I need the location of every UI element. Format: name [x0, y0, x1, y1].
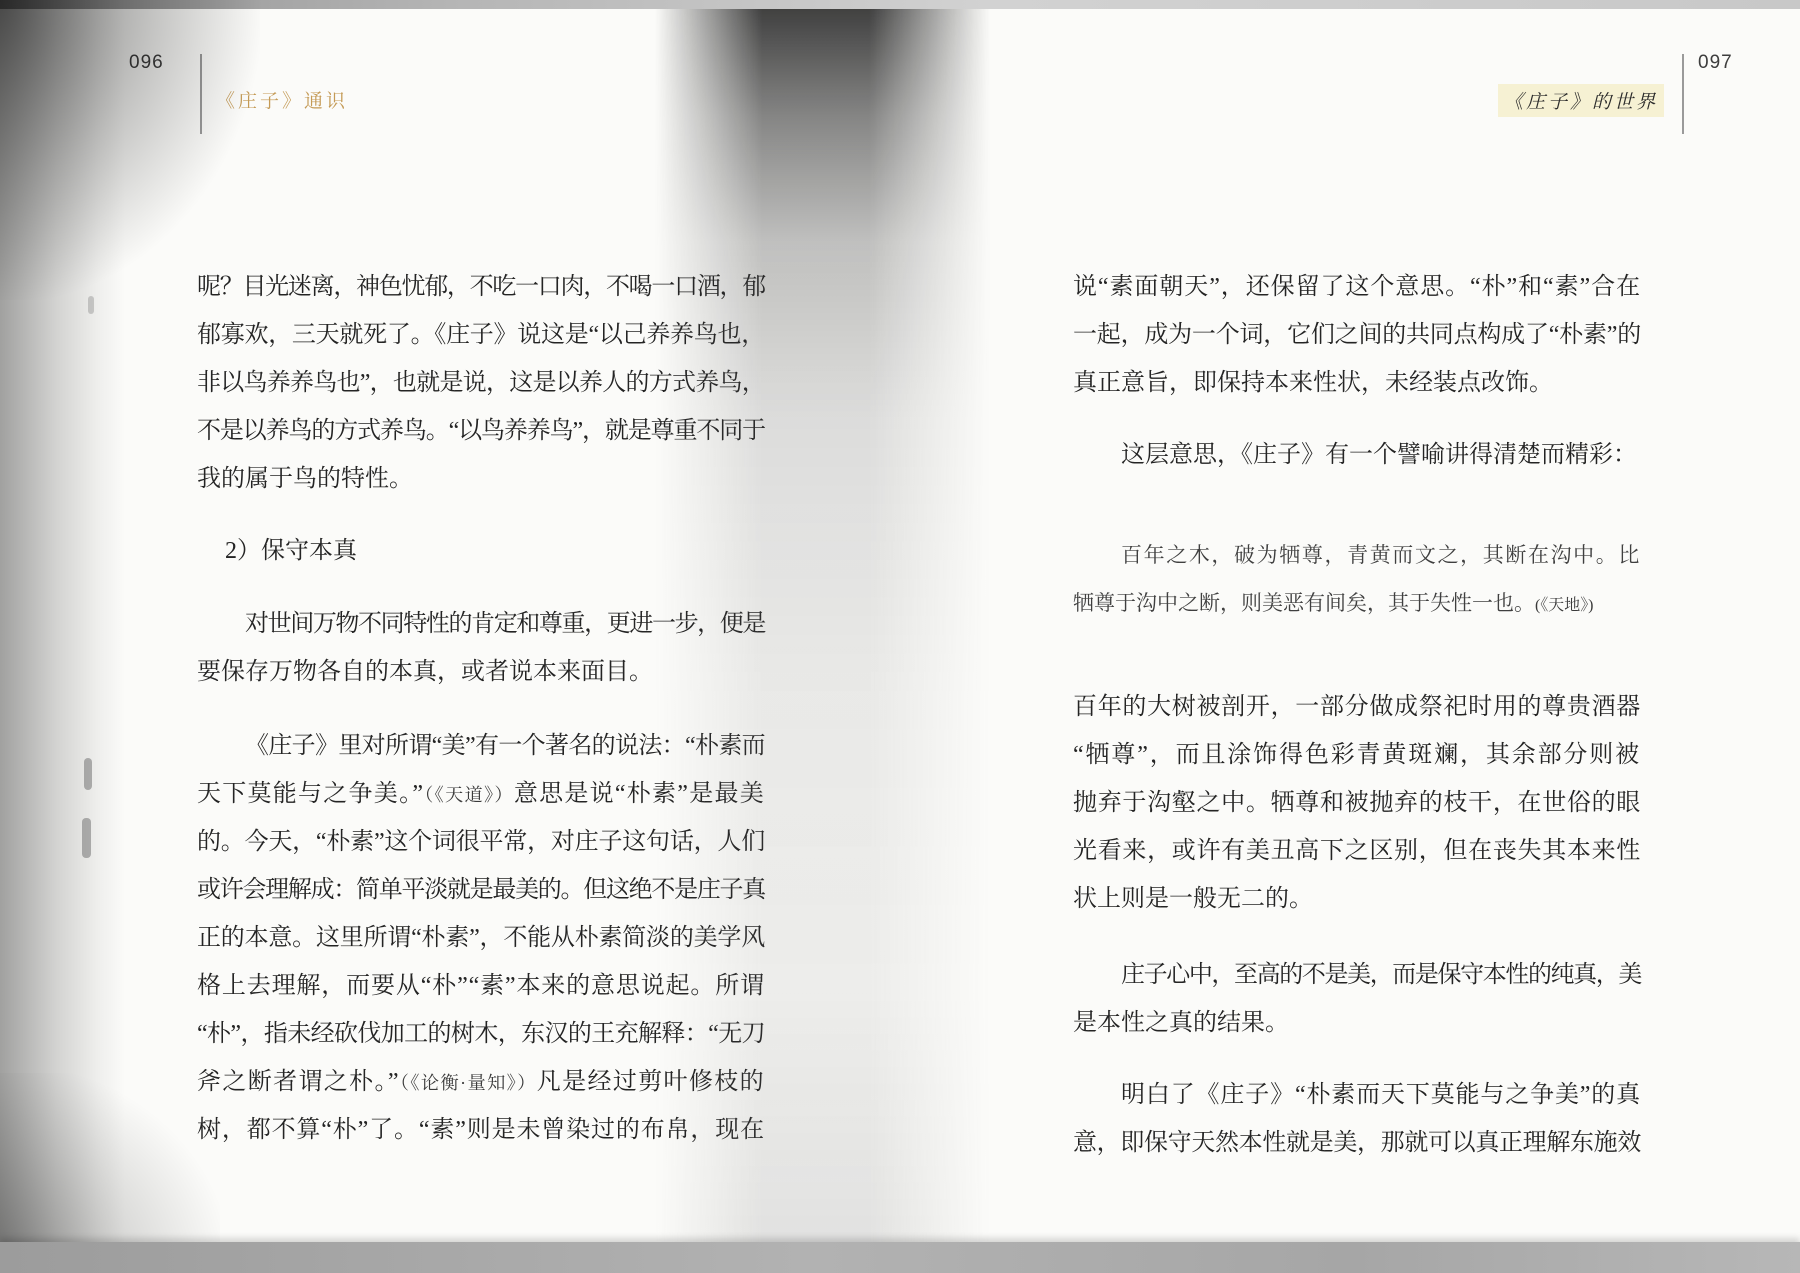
text-segment: “朴”，指未经砍伐加工的树木，东汉的王充解释：“无刀	[197, 1021, 765, 1047]
text-line-content: 百年之木，破为牺尊，青黄而文之，其断在沟中。比	[1121, 543, 1641, 567]
text-segment: 是本性之真的结果。	[1073, 1010, 1289, 1036]
paragraph: 百年的大树被剖开，一部分做成祭祀时用的尊贵酒器“牺尊”，而且涂饰得色彩青黄斑斓，…	[1073, 683, 1641, 923]
text-line-content: 非以鸟养养鸟也”，也就是说，这是以养人的方式养鸟，	[197, 370, 765, 396]
text-line: 光看来，或许有美丑高下之区别，但在丧失其本来性	[1073, 827, 1641, 875]
text-line-content: 我的属于鸟的特性。	[197, 466, 413, 492]
text-line: 百年之木，破为牺尊，青黄而文之，其断在沟中。比	[1073, 531, 1641, 579]
text-segment: 意思是说“朴素”是最美	[514, 781, 765, 807]
scan-top-edge	[0, 0, 1800, 9]
text-segment: 非以鸟养养鸟也”，也就是说，这是以养人的方式养鸟，	[197, 370, 765, 396]
text-line: 意，即保守天然本性就是美，那就可以真正理解东施效	[1073, 1119, 1641, 1167]
text-line-content: 要保存万物各自的本真，或者说本来面目。	[197, 659, 653, 685]
text-segment: 正的本意。这里所谓“朴素”，不能从朴素简淡的美学风	[197, 925, 765, 951]
text-line-content: 庄子心中，至高的不是美，而是保守本性的纯真，美	[1121, 962, 1641, 988]
text-segment: 真正意旨，即保持本来性状，未经装点改饰。	[1073, 370, 1553, 396]
block-quote: 百年之木，破为牺尊，青黄而文之，其断在沟中。比牺尊于沟中之断，则美恶有间矣，其于…	[1073, 531, 1641, 627]
text-line: 不是以养鸟的方式养鸟。“以鸟养养鸟”，就是尊重不同于	[197, 407, 765, 455]
text-segment: 呢？目光迷离，神色忧郁，不吃一口肉，不喝一口酒，郁	[197, 274, 765, 300]
paragraph: 对世间万物不同特性的肯定和尊重，更进一步，便是要保存万物各自的本真，或者说本来面…	[197, 600, 765, 696]
text-segment: 这层意思，《庄子》有一个譬喻讲得清楚而精彩：	[1121, 442, 1637, 468]
text-line: 呢？目光迷离，神色忧郁，不吃一口肉，不喝一口酒，郁	[197, 263, 765, 311]
text-segment: 2）保守本真	[225, 538, 357, 564]
text-line-content: 正的本意。这里所谓“朴素”，不能从朴素简淡的美学风	[197, 925, 765, 951]
header-divider-left	[200, 54, 202, 134]
scan-smudge	[84, 758, 92, 790]
text-line: 庄子心中，至高的不是美，而是保守本性的纯真，美	[1073, 951, 1641, 999]
text-line: 《庄子》里对所谓“美”有一个著名的说法：“朴素而	[197, 722, 765, 770]
text-line: “牺尊”，而且涂饰得色彩青黄斑斓，其余部分则被	[1073, 731, 1641, 779]
text-line-content: 格上去理解，而要从“朴”“素”本来的意思说起。所谓	[197, 973, 765, 999]
text-segment: 明白了《庄子》“朴素而天下莫能与之争美”的真	[1121, 1082, 1641, 1108]
text-line: 的。今天，“朴素”这个词很平常，对庄子这句话，人们	[197, 818, 765, 866]
scan-smudge	[88, 296, 94, 314]
text-segment: 斧之断者谓之朴。”	[197, 1069, 400, 1095]
text-line-content: 明白了《庄子》“朴素而天下莫能与之争美”的真	[1121, 1082, 1641, 1108]
text-segment: 牺尊于沟中之断，则美恶有间矣，其于失性一也。	[1073, 591, 1535, 615]
text-segment: 不是以养鸟的方式养鸟。“以鸟养养鸟”，就是尊重不同于	[197, 418, 765, 444]
text-line-content: 一起，成为一个词，它们之间的共同点构成了“朴素”的	[1073, 322, 1641, 348]
text-line: 状上则是一般无二的。	[1073, 875, 1641, 923]
text-segment: 对世间万物不同特性的肯定和尊重，更进一步，便是	[245, 611, 765, 637]
text-segment: 天下莫能与之争美。”	[197, 781, 424, 807]
text-line-content: 或许会理解成：简单平淡就是最美的。但这绝不是庄子真	[197, 877, 765, 903]
citation: （《论衡·量知》）	[400, 1073, 537, 1093]
running-head-left: 《庄子》通识	[216, 86, 348, 113]
paragraph: 呢？目光迷离，神色忧郁，不吃一口肉，不喝一口酒，郁郁寡欢，三天就死了。《庄子》说…	[197, 263, 765, 503]
text-segment: 郁寡欢，三天就死了。《庄子》说这是“以己养养鸟也，	[197, 322, 765, 348]
scan-corner-shadow-top-left	[0, 0, 260, 300]
running-head-right: 《庄子》的世界	[1498, 84, 1664, 117]
text-line-content: 光看来，或许有美丑高下之区别，但在丧失其本来性	[1073, 838, 1641, 864]
text-segment: 的。今天，“朴素”这个词很平常，对庄子这句话，人们	[197, 829, 765, 855]
text-line-content: 《庄子》里对所谓“美”有一个著名的说法：“朴素而	[245, 733, 765, 759]
text-segment: 百年之木，破为牺尊，青黄而文之，其断在沟中。比	[1121, 543, 1641, 567]
text-line-content: 呢？目光迷离，神色忧郁，不吃一口肉，不喝一口酒，郁	[197, 274, 765, 300]
scan-bottom-edge	[0, 1242, 1800, 1273]
text-line-content: 这层意思，《庄子》有一个譬喻讲得清楚而精彩：	[1121, 442, 1637, 468]
text-line-content: 状上则是一般无二的。	[1073, 886, 1313, 912]
text-line-content: 天下莫能与之争美。”（《天道》）意思是说“朴素”是最美	[197, 781, 765, 807]
text-line-content: 树，都不算“朴”了。“素”则是未曾染过的布帛，现在	[197, 1117, 765, 1143]
text-line: 百年的大树被剖开，一部分做成祭祀时用的尊贵酒器	[1073, 683, 1641, 731]
text-segment: 百年的大树被剖开，一部分做成祭祀时用的尊贵酒器	[1073, 694, 1641, 720]
citation: (《天地》)	[1535, 597, 1593, 614]
text-segment: 庄子心中，至高的不是美，而是保守本性的纯真，美	[1121, 962, 1641, 988]
text-line: 斧之断者谓之朴。”（《论衡·量知》）凡是经过剪叶修枝的	[197, 1058, 765, 1106]
text-line: 明白了《庄子》“朴素而天下莫能与之争美”的真	[1073, 1071, 1641, 1119]
text-line: 郁寡欢，三天就死了。《庄子》说这是“以己养养鸟也，	[197, 311, 765, 359]
text-line: 这层意思，《庄子》有一个譬喻讲得清楚而精彩：	[1073, 431, 1641, 479]
text-line: 非以鸟养养鸟也”，也就是说，这是以养人的方式养鸟，	[197, 359, 765, 407]
section-subheading: 2）保守本真	[197, 527, 765, 575]
text-segment: 一起，成为一个词，它们之间的共同点构成了“朴素”的	[1073, 322, 1641, 348]
text-segment: 光看来，或许有美丑高下之区别，但在丧失其本来性	[1073, 838, 1641, 864]
text-line: 对世间万物不同特性的肯定和尊重，更进一步，便是	[197, 600, 765, 648]
text-line: 或许会理解成：简单平淡就是最美的。但这绝不是庄子真	[197, 866, 765, 914]
text-segment: 或许会理解成：简单平淡就是最美的。但这绝不是庄子真	[197, 877, 765, 903]
page-number-right: 097	[1698, 52, 1733, 74]
text-line-content: “牺尊”，而且涂饰得色彩青黄斑斓，其余部分则被	[1073, 742, 1641, 768]
text-line-content: 的。今天，“朴素”这个词很平常，对庄子这句话，人们	[197, 829, 765, 855]
scan-corner-shadow-bottom-left	[0, 1073, 220, 1273]
text-line: 天下莫能与之争美。”（《天道》）意思是说“朴素”是最美	[197, 770, 765, 818]
text-line: 2）保守本真	[225, 527, 765, 575]
text-segment: 说“素面朝天”，还保留了这个意思。“朴”和“素”合在	[1073, 274, 1641, 300]
text-line: 真正意旨，即保持本来性状，未经装点改饰。	[1073, 359, 1641, 407]
text-line: 一起，成为一个词，它们之间的共同点构成了“朴素”的	[1073, 311, 1641, 359]
text-line-content: 是本性之真的结果。	[1073, 1010, 1289, 1036]
scan-left-edge-shadow	[0, 0, 125, 1273]
header-divider-right	[1682, 54, 1684, 134]
right-page-text-column: 说“素面朝天”，还保留了这个意思。“朴”和“素”合在一起，成为一个词，它们之间的…	[1073, 263, 1641, 1167]
text-segment: 树，都不算“朴”了。“素”则是未曾染过的布帛，现在	[197, 1117, 765, 1143]
text-line-content: 2）保守本真	[225, 538, 357, 564]
text-line: 说“素面朝天”，还保留了这个意思。“朴”和“素”合在	[1073, 263, 1641, 311]
text-line: 格上去理解，而要从“朴”“素”本来的意思说起。所谓	[197, 962, 765, 1010]
text-line-content: 说“素面朝天”，还保留了这个意思。“朴”和“素”合在	[1073, 274, 1641, 300]
text-line: 牺尊于沟中之断，则美恶有间矣，其于失性一也。(《天地》)	[1073, 579, 1641, 627]
text-line: 树，都不算“朴”了。“素”则是未曾染过的布帛，现在	[197, 1106, 765, 1154]
page-number-left: 096	[129, 52, 164, 74]
text-line-content: 牺尊于沟中之断，则美恶有间矣，其于失性一也。(《天地》)	[1073, 591, 1593, 615]
scan-smudge	[82, 818, 91, 858]
text-segment: 凡是经过剪叶修枝的	[537, 1069, 765, 1095]
text-line: 抛弃于沟壑之中。牺尊和被抛弃的枝干，在世俗的眼	[1073, 779, 1641, 827]
book-spread: 096 《庄子》通识 097 《庄子》的世界 呢？目光迷离，神色忧郁，不吃一口肉…	[0, 0, 1800, 1273]
paragraph: 明白了《庄子》“朴素而天下莫能与之争美”的真意，即保守天然本性就是美，那就可以真…	[1073, 1071, 1641, 1167]
text-segment: 我的属于鸟的特性。	[197, 466, 413, 492]
text-line: “朴”，指未经砍伐加工的树木，东汉的王充解释：“无刀	[197, 1010, 765, 1058]
text-line-content: 意，即保守天然本性就是美，那就可以真正理解东施效	[1073, 1130, 1641, 1156]
text-line: 要保存万物各自的本真，或者说本来面目。	[197, 648, 765, 696]
paragraph: 庄子心中，至高的不是美，而是保守本性的纯真，美是本性之真的结果。	[1073, 951, 1641, 1047]
text-line-content: “朴”，指未经砍伐加工的树木，东汉的王充解释：“无刀	[197, 1021, 765, 1047]
text-line-content: 百年的大树被剖开，一部分做成祭祀时用的尊贵酒器	[1073, 694, 1641, 720]
text-segment: 《庄子》里对所谓“美”有一个著名的说法：“朴素而	[245, 733, 765, 759]
text-line-content: 对世间万物不同特性的肯定和尊重，更进一步，便是	[245, 611, 765, 637]
text-segment: 格上去理解，而要从“朴”“素”本来的意思说起。所谓	[197, 973, 765, 999]
paragraph: 这层意思，《庄子》有一个譬喻讲得清楚而精彩：	[1073, 431, 1641, 479]
citation: （《天道》）	[424, 785, 514, 805]
text-line: 是本性之真的结果。	[1073, 999, 1641, 1047]
text-line-content: 斧之断者谓之朴。”（《论衡·量知》）凡是经过剪叶修枝的	[197, 1069, 765, 1095]
text-segment: 要保存万物各自的本真，或者说本来面目。	[197, 659, 653, 685]
text-line-content: 不是以养鸟的方式养鸟。“以鸟养养鸟”，就是尊重不同于	[197, 418, 765, 444]
text-line: 正的本意。这里所谓“朴素”，不能从朴素简淡的美学风	[197, 914, 765, 962]
text-segment: “牺尊”，而且涂饰得色彩青黄斑斓，其余部分则被	[1073, 742, 1641, 768]
text-line-content: 真正意旨，即保持本来性状，未经装点改饰。	[1073, 370, 1553, 396]
text-line-content: 郁寡欢，三天就死了。《庄子》说这是“以己养养鸟也，	[197, 322, 765, 348]
left-page-text-column: 呢？目光迷离，神色忧郁，不吃一口肉，不喝一口酒，郁郁寡欢，三天就死了。《庄子》说…	[197, 263, 765, 1154]
text-line: 我的属于鸟的特性。	[197, 455, 765, 503]
text-line-content: 抛弃于沟壑之中。牺尊和被抛弃的枝干，在世俗的眼	[1073, 790, 1641, 816]
text-segment: 抛弃于沟壑之中。牺尊和被抛弃的枝干，在世俗的眼	[1073, 790, 1641, 816]
paragraph: 说“素面朝天”，还保留了这个意思。“朴”和“素”合在一起，成为一个词，它们之间的…	[1073, 263, 1641, 407]
text-segment: 意，即保守天然本性就是美，那就可以真正理解东施效	[1073, 1130, 1641, 1156]
text-segment: 状上则是一般无二的。	[1073, 886, 1313, 912]
paragraph: 《庄子》里对所谓“美”有一个著名的说法：“朴素而天下莫能与之争美。”（《天道》）…	[197, 722, 765, 1154]
